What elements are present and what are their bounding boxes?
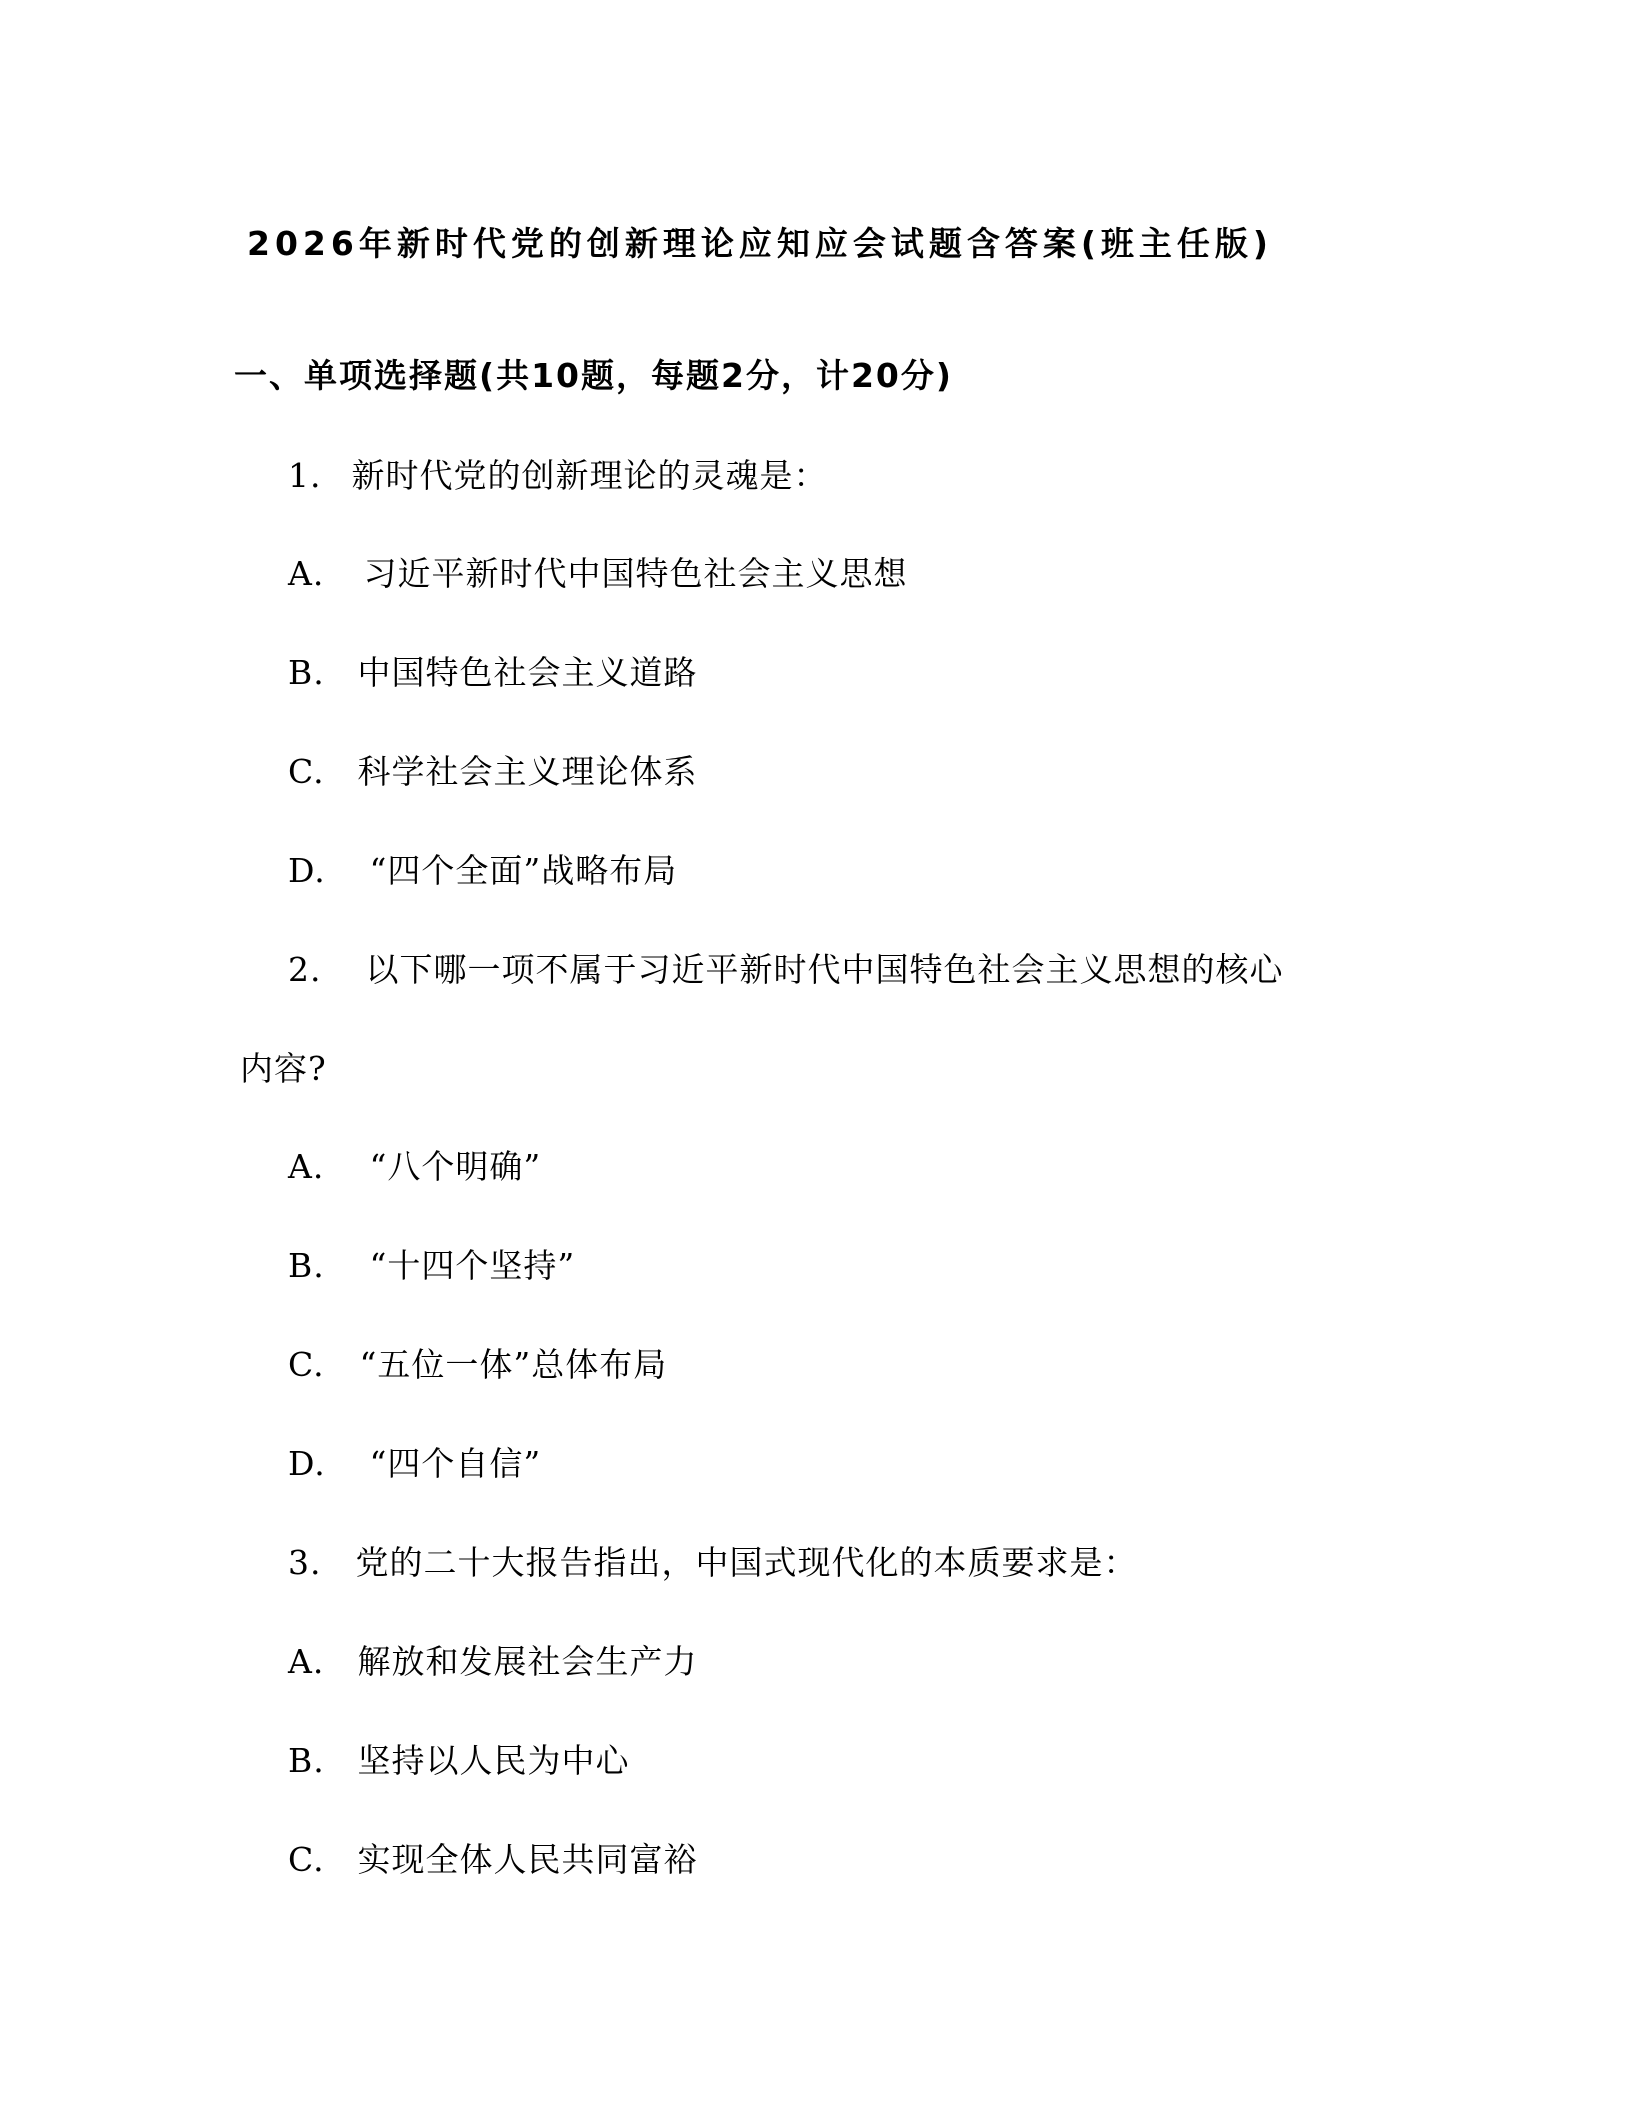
option-text: “十四个坚持” (370, 1246, 576, 1285)
option-label: D. (288, 1444, 358, 1484)
question-2: 2. 以下哪一项不属于习近平新时代中国特色社会主义思想的核心 (288, 950, 1284, 990)
question-3-option-a: A. 解放和发展社会生产力 (288, 1642, 698, 1682)
question-1: 1. 新时代党的创新理论的灵魂是： (288, 456, 828, 496)
option-label: A. (288, 1147, 358, 1187)
option-label: C. (288, 1345, 348, 1385)
question-3: 3. 党的二十大报告指出，中国式现代化的本质要求是： (288, 1543, 1138, 1583)
question-text: 党的二十大报告指出，中国式现代化的本质要求是： (356, 1543, 1138, 1582)
question-2-option-c: C. “五位一体”总体布局 (288, 1345, 667, 1385)
option-label: C. (288, 1840, 346, 1880)
option-label: C. (288, 752, 346, 792)
option-label: B. (288, 1741, 346, 1781)
question-2-continuation: 内容? (240, 1049, 327, 1089)
option-label: B. (288, 1246, 358, 1286)
question-1-option-d: D. “四个全面”战略布局 (288, 851, 677, 891)
question-number: 1. (288, 456, 340, 496)
option-text: 中国特色社会主义道路 (358, 653, 698, 692)
question-text: 以下哪一项不属于习近平新时代中国特色社会主义思想的核心 (366, 950, 1284, 989)
option-text: 解放和发展社会生产力 (358, 1642, 698, 1681)
question-3-option-b: B. 坚持以人民为中心 (288, 1741, 630, 1781)
question-1-option-c: C. 科学社会主义理论体系 (288, 752, 698, 792)
option-text: “四个自信” (370, 1444, 542, 1483)
option-label: A. (288, 554, 352, 594)
question-2-option-d: D. “四个自信” (288, 1444, 541, 1484)
option-text: 坚持以人民为中心 (358, 1741, 630, 1780)
question-text-continued: 内容? (240, 1049, 327, 1088)
option-text: “四个全面”战略布局 (370, 851, 678, 890)
question-1-option-b: B. 中国特色社会主义道路 (288, 653, 698, 693)
section-heading-single-choice: 一、单项选择题(共10题，每题2分，计20分) (234, 356, 953, 396)
question-2-option-a: A. “八个明确” (288, 1147, 541, 1187)
option-text: 习近平新时代中国特色社会主义思想 (364, 554, 908, 593)
option-text: 实现全体人民共同富裕 (358, 1840, 698, 1879)
option-text: “八个明确” (370, 1147, 542, 1186)
question-2-option-b: B. “十四个坚持” (288, 1246, 575, 1286)
option-label: B. (288, 653, 346, 693)
question-1-option-a: A. 习近平新时代中国特色社会主义思想 (288, 554, 908, 594)
option-text: 科学社会主义理论体系 (358, 752, 698, 791)
question-text: 新时代党的创新理论的灵魂是： (352, 456, 828, 495)
question-number: 2. (288, 950, 354, 990)
document-title: 2026年新时代党的创新理论应知应会试题含答案(班主任版) (247, 224, 1387, 264)
option-label: D. (288, 851, 358, 891)
question-number: 3. (288, 1543, 344, 1583)
option-label: A. (288, 1642, 346, 1682)
question-3-option-c: C. 实现全体人民共同富裕 (288, 1840, 698, 1880)
document-page: 2026年新时代党的创新理论应知应会试题含答案(班主任版) 一、单项选择题(共1… (0, 0, 1631, 2112)
option-text: “五位一体”总体布局 (360, 1345, 668, 1384)
